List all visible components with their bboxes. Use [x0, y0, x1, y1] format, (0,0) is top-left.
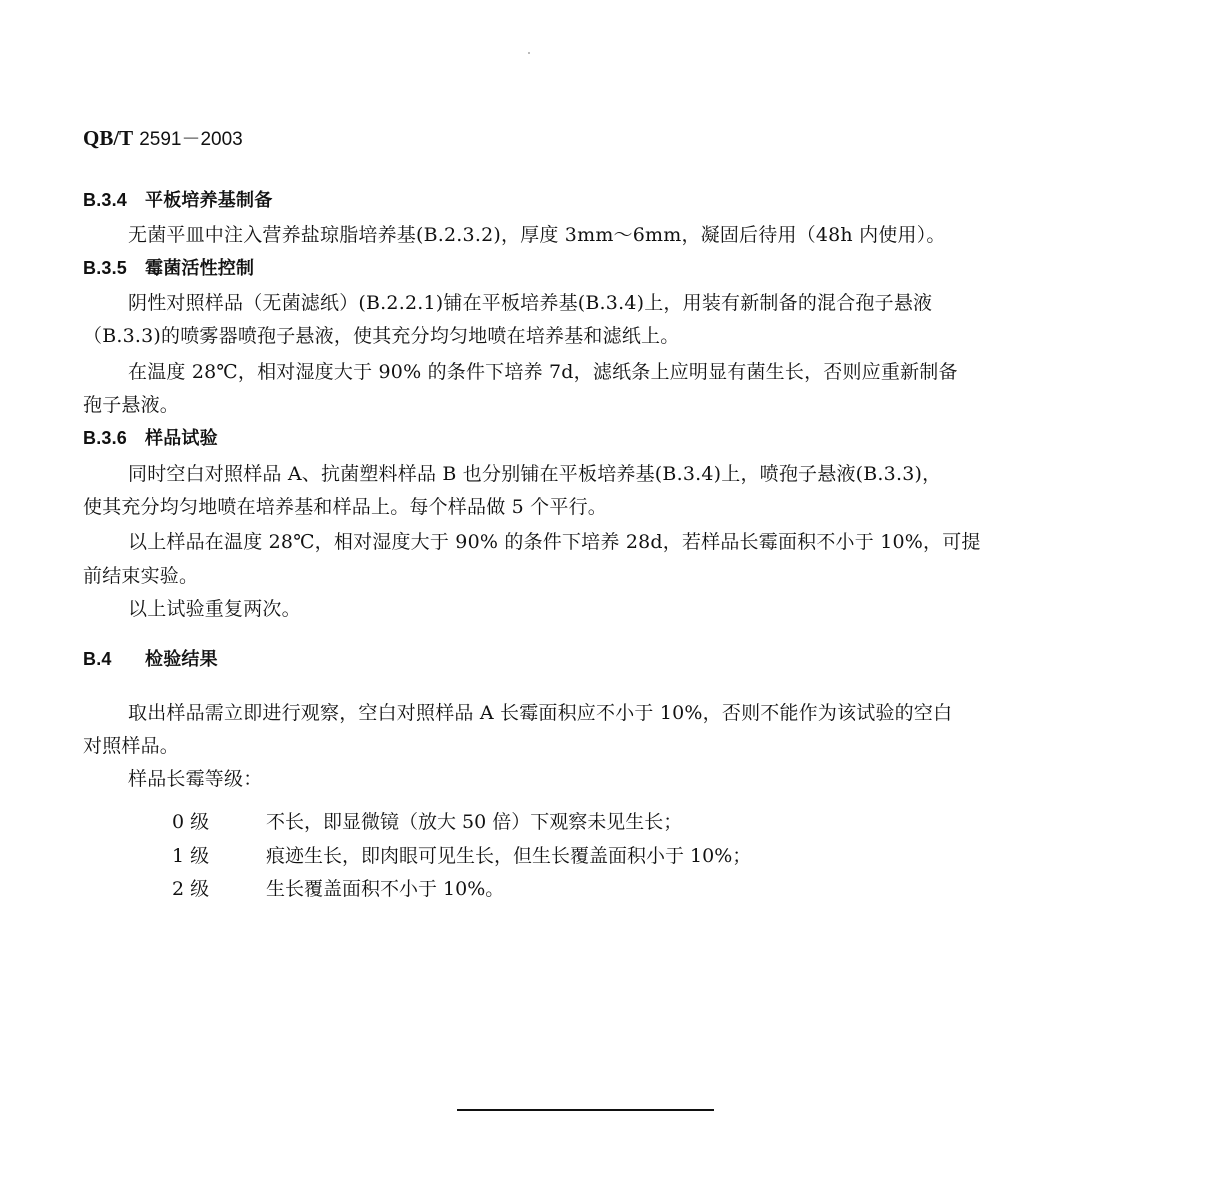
- section-heading-b-3-4: B.3.4平板培养基制备: [83, 187, 272, 214]
- end-of-document-rule: [457, 1109, 714, 1111]
- paragraph-line: （B.3.3)的喷雾器喷孢子悬液，使其充分均匀地喷在培养基和滤纸上。: [83, 323, 679, 349]
- grade-label: 1 级: [172, 843, 266, 869]
- section-heading-b-3-6: B.3.6样品试验: [83, 425, 218, 452]
- paragraph-line: 以上试验重复两次。: [128, 596, 301, 622]
- paragraph-line: 前结束实验。: [83, 563, 198, 589]
- grade-label: 0 级: [172, 809, 266, 835]
- grade-description: 不长，即显微镜（放大 50 倍）下观察未见生长；: [266, 811, 682, 833]
- paragraph-line: 取出样品需立即进行观察，空白对照样品 A 长霉面积应不小于 10%，否则不能作为…: [128, 700, 952, 726]
- grade-row-2: 2 级生长覆盖面积不小于 10%。: [172, 876, 504, 902]
- scan-speck: [528, 52, 530, 54]
- paragraph-line: 对照样品。: [83, 733, 179, 759]
- section-title: 霉菌活性控制: [145, 258, 254, 279]
- standard-code-prefix: QB/T: [83, 126, 133, 150]
- section-heading-b-4: B.4检验结果: [83, 646, 218, 673]
- section-number: B.3.4: [83, 187, 145, 213]
- paragraph-line: 阴性对照样品（无菌滤纸）(B.2.2.1)铺在平板培养基(B.3.4)上，用装有…: [128, 290, 932, 316]
- paragraph-line: 同时空白对照样品 A、抗菌塑料样品 B 也分别铺在平板培养基(B.3.4)上，喷…: [128, 461, 941, 487]
- grade-description: 生长覆盖面积不小于 10%。: [266, 878, 504, 900]
- section-number: B.3.6: [83, 425, 145, 451]
- paragraph-line: 以上样品在温度 28℃，相对湿度大于 90% 的条件下培养 28d，若样品长霉面…: [128, 529, 981, 555]
- paragraph-line: 样品长霉等级：: [128, 766, 262, 792]
- grade-label: 2 级: [172, 876, 266, 902]
- paragraph-line: 无菌平皿中注入营养盐琼脂培养基(B.2.3.2)，厚度 3mm～6mm，凝固后待…: [128, 222, 946, 248]
- grade-row-0: 0 级不长，即显微镜（放大 50 倍）下观察未见生长；: [172, 809, 682, 835]
- standard-code: QB/T2591－2003: [83, 126, 243, 152]
- paragraph-line: 在温度 28℃，相对湿度大于 90% 的条件下培养 7d，滤纸条上应明显有菌生长…: [128, 359, 958, 385]
- section-title: 平板培养基制备: [145, 190, 272, 211]
- grade-row-1: 1 级痕迹生长，即肉眼可见生长，但生长覆盖面积小于 10%；: [172, 843, 751, 869]
- paragraph-line: 孢子悬液。: [83, 392, 179, 418]
- section-title: 检验结果: [145, 649, 218, 670]
- document-page: QB/T2591－2003 B.3.4平板培养基制备 无菌平皿中注入营养盐琼脂培…: [0, 0, 1224, 1200]
- section-title: 样品试验: [145, 428, 218, 449]
- section-number: B.4: [83, 646, 145, 672]
- section-heading-b-3-5: B.3.5霉菌活性控制: [83, 255, 254, 282]
- section-number: B.3.5: [83, 255, 145, 281]
- paragraph-line: 使其充分均匀地喷在培养基和样品上。每个样品做 5 个平行。: [83, 494, 607, 520]
- standard-code-number: 2591－2003: [139, 129, 243, 150]
- grade-description: 痕迹生长，即肉眼可见生长，但生长覆盖面积小于 10%；: [266, 845, 751, 867]
